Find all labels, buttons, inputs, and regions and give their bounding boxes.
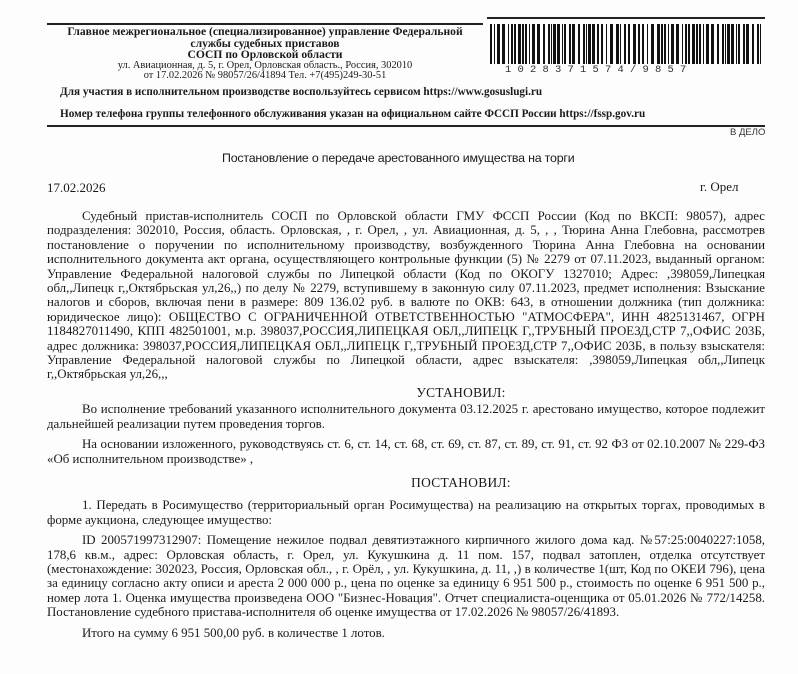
established-heading: УСТАНОВИЛ: — [157, 386, 765, 400]
phone-note: Номер телефона группы телефонного обслуж… — [60, 108, 645, 120]
barcode-icon — [490, 24, 765, 64]
document-reference: от 17.02.2026 № 98057/26/41894 Тел. +7(4… — [47, 71, 483, 82]
property-paragraph: ID 200571997312907: Помещение нежилое по… — [47, 533, 765, 619]
intro-paragraph: Судебный пристав-исполнитель СОСП по Орл… — [47, 209, 765, 382]
gosuslugi-note: Для участия в исполнительном производств… — [60, 86, 542, 98]
item-1-paragraph: 1. Передать в Росимущество (территориаль… — [47, 498, 765, 527]
document-body: Судебный пристав-исполнитель СОСП по Орл… — [47, 209, 765, 640]
document-title: Постановление о передаче арестованного и… — [222, 151, 574, 165]
org-name-line1: Главное межрегиональное (специализирован… — [47, 26, 483, 38]
document-date: 17.02.2026 — [47, 180, 106, 196]
org-name-line3: СОСП по Орловской области — [47, 49, 483, 61]
established-paragraph: Во исполнение требований указанного испо… — [47, 402, 765, 431]
document-page: Главное межрегиональное (специализирован… — [0, 0, 798, 674]
document-city: г. Орел — [700, 179, 739, 195]
issuing-authority-header: Главное межрегиональное (специализирован… — [47, 26, 483, 82]
basis-paragraph: На основании изложенного, руководствуясь… — [47, 437, 765, 466]
barcode-top-rule — [487, 17, 765, 19]
total-paragraph: Итого на сумму 6 951 500,00 руб. в колич… — [47, 626, 765, 640]
filing-stamp: В ДЕЛО — [730, 127, 765, 138]
barcode-number: 1028371574/9857 — [505, 64, 765, 76]
header-bottom-rule — [47, 125, 765, 127]
resolved-heading: ПОСТАНОВИЛ: — [157, 476, 765, 490]
